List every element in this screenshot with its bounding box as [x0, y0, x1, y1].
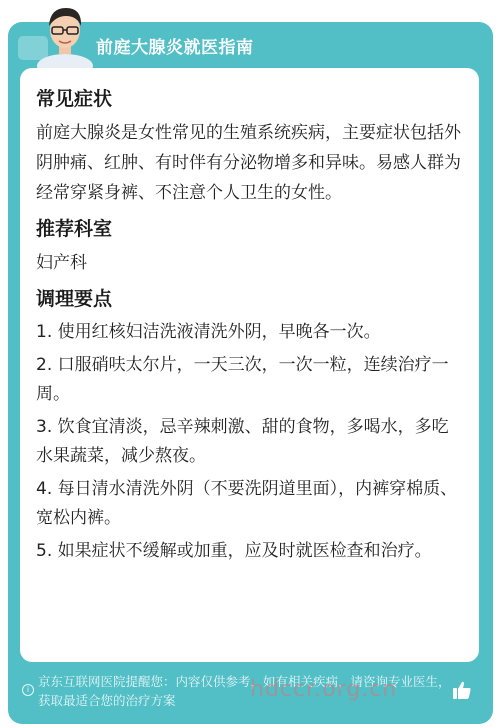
thumbs-up-icon[interactable]: [452, 680, 472, 700]
care-item: 2. 口服硝呋太尔片，一天三次，一次一粒，连续治疗一周。: [36, 351, 463, 409]
watermark: hdccr.org.cn: [250, 677, 397, 702]
symptoms-heading: 常见症状: [36, 84, 463, 114]
symptoms-text: 前庭大腺炎是女性常见的生殖系统疾病，主要症状包括外阴肿痛、红肿、有时伴有分泌物增…: [36, 118, 463, 208]
doctor-avatar: [30, 2, 100, 68]
content-card: 常见症状 前庭大腺炎是女性常见的生殖系统疾病，主要症状包括外阴肿痛、红肿、有时伴…: [20, 68, 479, 662]
care-item: 4. 每日清水清洗外阴（不要洗阴道里面），内裤穿棉质、宽松内裤。: [36, 475, 463, 533]
care-item: 5. 如果症状不缓解或加重，应及时就医检查和治疗。: [36, 537, 463, 566]
care-item: 3. 饮食宜清淡，忌辛辣刺激、甜的食物，多喝水，多吃水果蔬菜，减少熬夜。: [36, 413, 463, 471]
care-item: 1. 使用红核妇洁洗液清洗外阴，早晚各一次。: [36, 318, 463, 347]
care-heading: 调理要点: [36, 284, 463, 314]
department-text: 妇产科: [36, 248, 463, 278]
department-heading: 推荐科室: [36, 214, 463, 244]
page-title: 前庭大腺炎就医指南: [96, 33, 254, 58]
